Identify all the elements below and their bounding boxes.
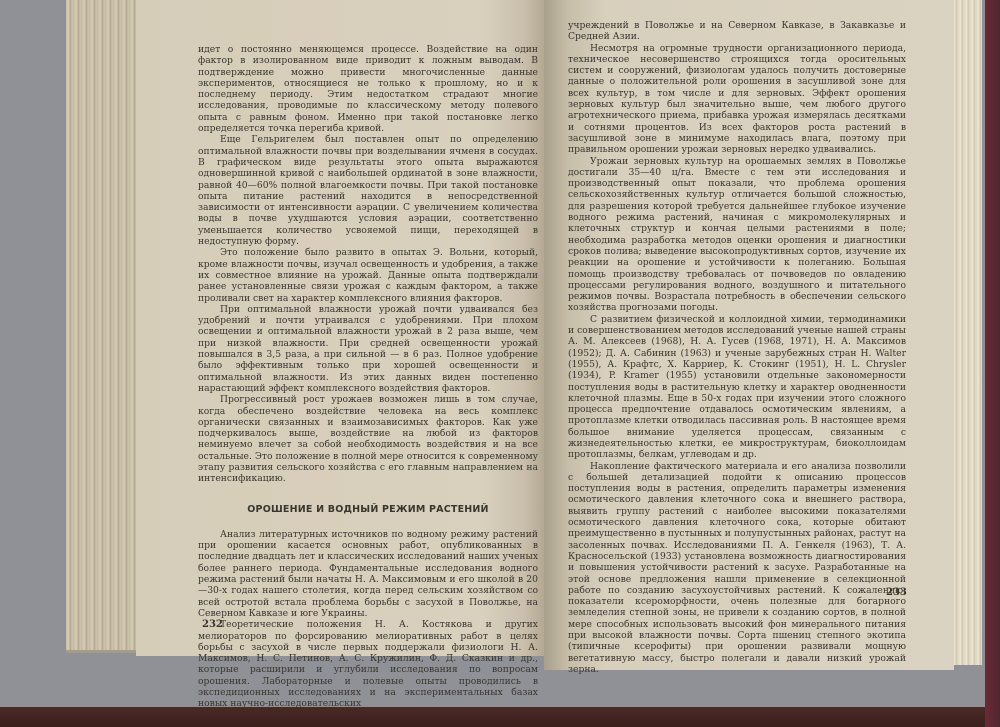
backdrop-right	[985, 0, 1000, 727]
right-page-edges	[952, 0, 982, 665]
paragraph: Это положение было развито в опытах Э. В…	[198, 247, 538, 303]
paragraph: При оптимальной влажности урожай почти у…	[198, 304, 538, 394]
paragraph: Несмотря на огромные трудности организац…	[568, 43, 906, 156]
right-page-text: учреждений в Поволжье и на Северном Кавк…	[568, 20, 906, 675]
table-surface	[0, 707, 1000, 727]
paragraph: Урожаи зерновых культур на орошаемых зем…	[568, 156, 906, 314]
paragraph: Теоретические положения Н. А. Костякова …	[198, 619, 538, 709]
left-page-edges	[66, 0, 136, 653]
right-page: учреждений в Поволжье и на Северном Кавк…	[544, 0, 954, 670]
paragraph: С развитием физической и коллоидной хими…	[568, 314, 906, 461]
paragraph: Анализ литературных источников по водном…	[198, 529, 538, 619]
paragraph: Прогрессивный рост урожаев возможен лишь…	[198, 394, 538, 484]
page-number-right: 233	[886, 587, 907, 598]
left-page: идет о постоянно меняющемся процессе. Во…	[136, 0, 544, 656]
paragraph: Еще Гельригелем был поставлен опыт по оп…	[198, 134, 538, 247]
paragraph-continuation: учреждений в Поволжье и на Северном Кавк…	[568, 20, 906, 43]
left-page-text: идет о постоянно меняющемся процессе. Во…	[198, 44, 538, 710]
paragraph: идет о постоянно меняющемся процессе. Во…	[198, 44, 538, 134]
section-heading: ОРОШЕНИЕ И ВОДНЫЙ РЕЖИМ РАСТЕНИЙ	[198, 504, 538, 515]
paragraph: Накопление фактического материала и его …	[568, 461, 906, 676]
page-number-left: 232	[202, 619, 223, 630]
